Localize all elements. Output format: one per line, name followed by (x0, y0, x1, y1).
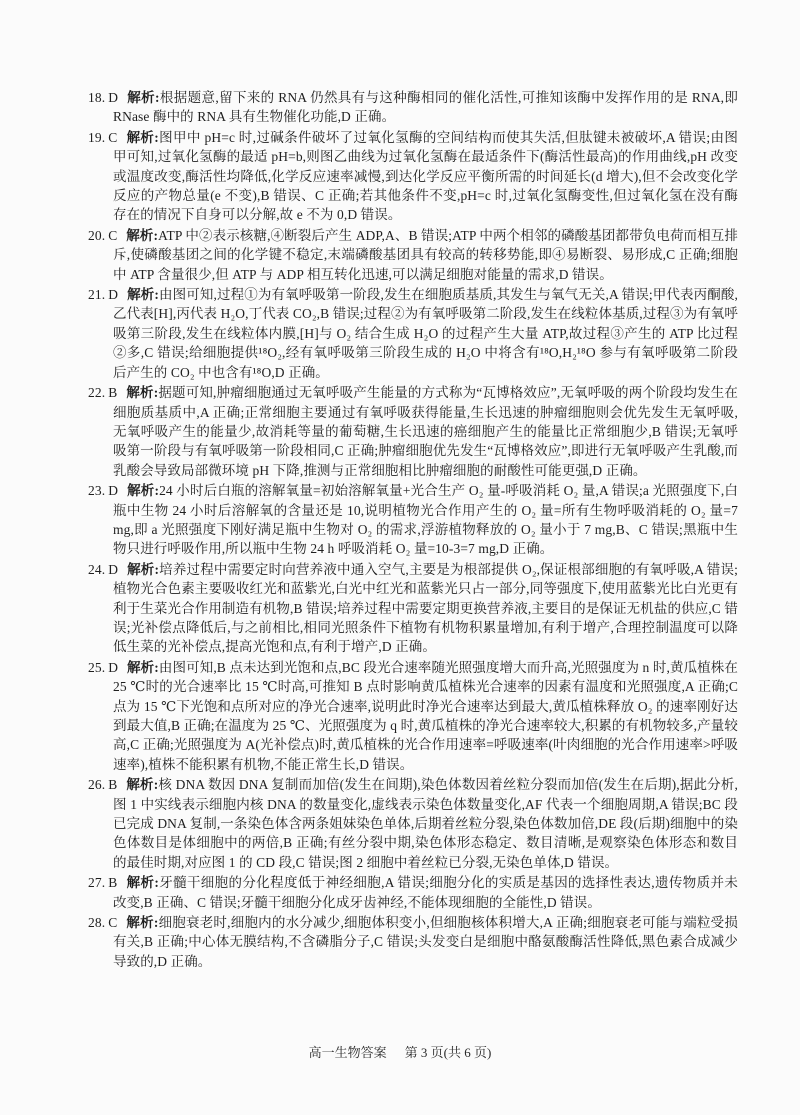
answer-letter: D (108, 562, 118, 577)
analysis-text: 由图可知,B 点未达到光饱和点,BC 段光合速率随光照强度增大而升高,光照强度为… (113, 660, 738, 772)
analysis-text: 由图可知,过程①为有氧呼吸第一阶段,发生在细胞质基质,其发生与氧气无关,A 错误… (113, 287, 738, 380)
document-page: 18.D解析:根据题意,留下来的 RNA 仍然具有与这种酶相同的催化活性,可推知… (0, 0, 800, 1115)
answer-item-25: 25.D解析:由图可知,B 点未达到光饱和点,BC 段光合速率随光照强度增大而升… (88, 658, 738, 774)
answer-letter: B (108, 875, 117, 890)
answer-item-28: 28.C解析:细胞衰老时,细胞内的水分减少,细胞体积变小,但细胞核体积增大,A … (88, 913, 738, 971)
question-number: 26. (88, 777, 105, 792)
answer-item-21: 21.D解析:由图可知,过程①为有氧呼吸第一阶段,发生在细胞质基质,其发生与氧气… (88, 285, 738, 382)
analysis-text: 根据题意,留下来的 RNA 仍然具有与这种酶相同的催化活性,可推知该酶中发挥作用… (113, 90, 738, 124)
answer-letter: B (108, 385, 117, 400)
analysis-text: 牙髓干细胞的分化程度低于神经细胞,A 错误;细胞分化的实质是基因的选择性表达,遗… (113, 875, 738, 909)
analysis-label: 解析: (127, 90, 160, 105)
analysis-label: 解析: (126, 915, 158, 930)
question-number: 22. (88, 385, 105, 400)
analysis-label: 解析: (126, 777, 158, 792)
footer-page-number: 第 3 页(共 6 页) (405, 1045, 492, 1060)
answer-item-18: 18.D解析:根据题意,留下来的 RNA 仍然具有与这种酶相同的催化活性,可推知… (88, 88, 738, 127)
answer-item-26: 26.B解析:核 DNA 数因 DNA 复制而加倍(发生在间期),染色体数因着丝… (88, 775, 738, 872)
question-number: 25. (88, 660, 105, 675)
answer-letter: D (108, 287, 118, 302)
analysis-text: 培养过程中需要定时向营养液中通入空气,主要是为根部提供 O₂,保证根部细胞的有氧… (113, 562, 738, 655)
answer-item-24: 24.D解析:培养过程中需要定时向营养液中通入空气,主要是为根部提供 O₂,保证… (88, 560, 738, 657)
question-number: 24. (88, 562, 105, 577)
analysis-label: 解析: (127, 483, 159, 498)
answer-letter: D (108, 90, 118, 105)
analysis-label: 解析: (126, 875, 159, 890)
answer-letter: B (108, 777, 117, 792)
question-number: 20. (88, 228, 105, 243)
analysis-text: 24 小时后白瓶的溶解氧量=初始溶解氧量+光合生产 O₂ 量-呼吸消耗 O₂ 量… (113, 483, 738, 556)
analysis-label: 解析: (126, 228, 158, 243)
analysis-text: 细胞衰老时,细胞内的水分减少,细胞体积变小,但细胞核体积增大,A 正确;细胞衰老… (113, 915, 738, 969)
analysis-label: 解析: (127, 660, 159, 675)
analysis-label: 解析: (127, 562, 159, 577)
question-number: 19. (88, 130, 105, 145)
answer-list: 18.D解析:根据题意,留下来的 RNA 仍然具有与这种酶相同的催化活性,可推知… (88, 88, 738, 972)
answer-letter: C (108, 915, 117, 930)
analysis-label: 解析: (126, 130, 159, 145)
answer-item-20: 20.C解析:ATP 中②表示核糖,④断裂后产生 ADP,A、B 错误;ATP … (88, 226, 738, 284)
analysis-text: 图甲中 pH=c 时,过碱条件破坏了过氧化氢酶的空间结构而使其失活,但肽键未被破… (113, 130, 738, 223)
answer-letter: C (108, 130, 117, 145)
analysis-label: 解析: (126, 385, 158, 400)
answer-item-22: 22.B解析:据题可知,肿瘤细胞通过无氧呼吸产生能量的方式称为“瓦博格效应”,无… (88, 383, 738, 480)
analysis-text: 据题可知,肿瘤细胞通过无氧呼吸产生能量的方式称为“瓦博格效应”,无氧呼吸的两个阶… (113, 385, 738, 478)
analysis-label: 解析: (127, 287, 159, 302)
footer-subject: 高一生物答案 (309, 1045, 387, 1060)
page-footer: 高一生物答案第 3 页(共 6 页) (0, 1042, 800, 1061)
answer-item-23: 23.D解析:24 小时后白瓶的溶解氧量=初始溶解氧量+光合生产 O₂ 量-呼吸… (88, 481, 738, 559)
question-number: 18. (88, 90, 105, 105)
answer-item-19: 19.C解析:图甲中 pH=c 时,过碱条件破坏了过氧化氢酶的空间结构而使其失活… (88, 128, 738, 225)
answer-item-27: 27.B解析:牙髓干细胞的分化程度低于神经细胞,A 错误;细胞分化的实质是基因的… (88, 873, 738, 912)
answer-letter: D (108, 483, 118, 498)
question-number: 23. (88, 483, 105, 498)
question-number: 28. (88, 915, 105, 930)
analysis-text: 核 DNA 数因 DNA 复制而加倍(发生在间期),染色体数因着丝粒分裂而加倍(… (113, 777, 738, 870)
question-number: 27. (88, 875, 105, 890)
answer-letter: D (108, 660, 118, 675)
analysis-text: ATP 中②表示核糖,④断裂后产生 ADP,A、B 错误;ATP 中两个相邻的磷… (113, 228, 738, 282)
question-number: 21. (88, 287, 105, 302)
answer-letter: C (108, 228, 117, 243)
